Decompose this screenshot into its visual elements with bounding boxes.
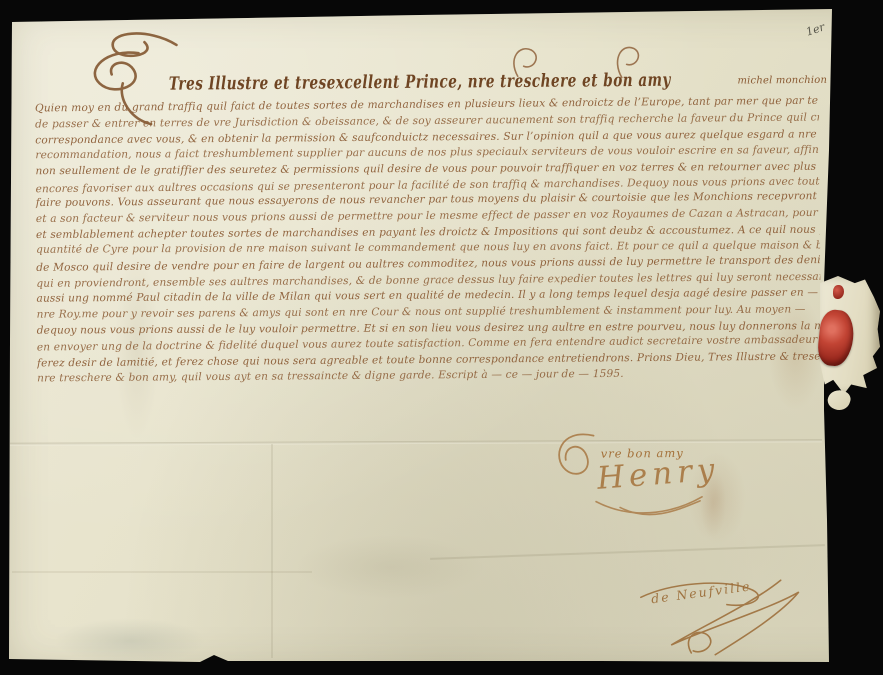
seal-paper-fragment: [825, 387, 853, 413]
salutation-continuation: michel monchion marchand flamend, nous a…: [737, 73, 883, 87]
salutation-text: Tres Illustre et tresexcellent Prince, n…: [169, 70, 671, 95]
manuscript-lines: Quien moy en du grand traffiq quil faict…: [35, 95, 821, 401]
parchment-sheet: 1er Tres Illustre et tresexcellent Princ…: [0, 0, 883, 675]
manuscript-text-layer: Tres Illustre et tresexcellent Prince, n…: [0, 0, 883, 675]
salutation-line: Tres Illustre et tresexcellent Prince, n…: [169, 68, 883, 95]
manuscript-scan: 1er Tres Illustre et tresexcellent Princ…: [0, 0, 883, 675]
secretary-countersignature: de Neufville: [650, 578, 752, 606]
signature-underline-flourish-icon: [590, 493, 710, 524]
